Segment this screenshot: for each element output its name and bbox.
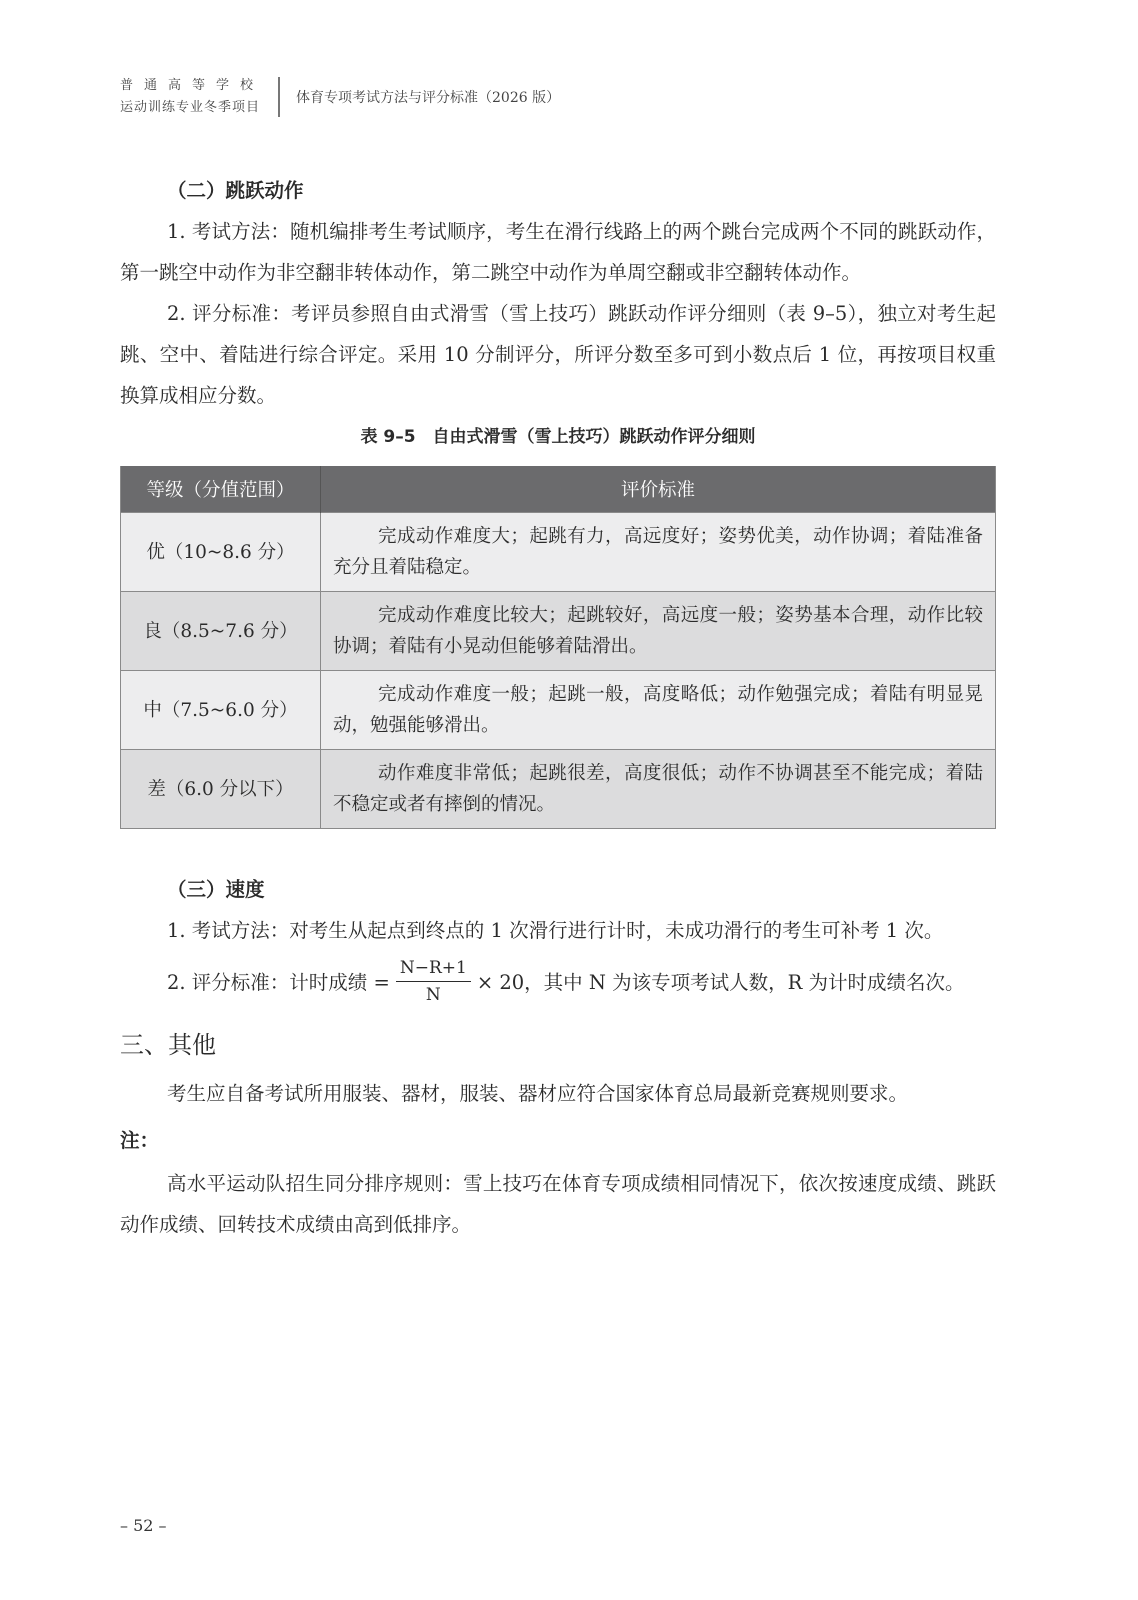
table-row: 差（6.0 分以下） 动作难度非常低；起跳很差，高度很低；动作不协调甚至不能完成… [121, 750, 996, 829]
criteria-cell: 完成动作难度一般；起跳一般，高度略低；动作勉强完成；着陆有明显晃动，勉强能够滑出… [321, 671, 996, 750]
jump-section-heading: （二）跳跃动作 [120, 170, 996, 211]
header-divider [278, 77, 280, 117]
table-row: 中（7.5~6.0 分） 完成动作难度一般；起跳一般，高度略低；动作勉强完成；着… [121, 671, 996, 750]
formula-denominator: N [426, 982, 441, 1006]
speed-section-heading: （三）速度 [120, 869, 996, 910]
header-series: 普通高等学校 运动训练专业冬季项目 [120, 75, 264, 119]
grade-cell: 良（8.5~7.6 分） [121, 592, 321, 671]
grade-cell: 中（7.5~6.0 分） [121, 671, 321, 750]
jump-scoring-table: 等级（分值范围） 评价标准 优（10~8.6 分） 完成动作难度大；起跳有力，高… [120, 466, 996, 829]
table-row: 优（10~8.6 分） 完成动作难度大；起跳有力，高远度好；姿势优美，动作协调；… [121, 513, 996, 592]
other-section-heading: 三、其他 [120, 1025, 996, 1065]
formula-fraction: N−R+1 N [396, 957, 471, 1006]
header-book-title: 体育专项考试方法与评分标准（2026 版） [296, 87, 560, 107]
criteria-cell: 动作难度非常低；起跳很差，高度很低；动作不协调甚至不能完成；着陆不稳定或者有摔倒… [321, 750, 996, 829]
table-caption: 表 9–5 自由式滑雪（雪上技巧）跳跃动作评分细则 [120, 422, 996, 452]
table-row: 良（8.5~7.6 分） 完成动作难度比较大；起跳较好，高远度一般；姿势基本合理… [121, 592, 996, 671]
note-label: 注： [120, 1120, 996, 1161]
header-series-line1: 普通高等学校 [120, 75, 264, 97]
table-header-criteria: 评价标准 [321, 466, 996, 513]
grade-cell: 差（6.0 分以下） [121, 750, 321, 829]
speed-scoring-formula: 2. 评分标准：计时成绩 = N−R+1 N × 20，其中 N 为该专项考试人… [120, 951, 996, 1011]
table-header-grade: 等级（分值范围） [121, 466, 321, 513]
formula-prefix: 2. 评分标准：计时成绩 = [167, 967, 390, 995]
page-number: – 52 – [120, 1516, 167, 1535]
criteria-cell: 完成动作难度比较大；起跳较好，高远度一般；姿势基本合理，动作比较协调；着陆有小晃… [321, 592, 996, 671]
page-content: （二）跳跃动作 1. 考试方法：随机编排考生考试顺序，考生在滑行线路上的两个跳台… [120, 170, 996, 1245]
other-equipment-text: 考生应自备考试所用服装、器材，服装、器材应符合国家体育总局最新竞赛规则要求。 [120, 1073, 996, 1114]
table-header-row: 等级（分值范围） 评价标准 [121, 466, 996, 513]
grade-cell: 优（10~8.6 分） [121, 513, 321, 592]
speed-exam-method: 1. 考试方法：对考生从起点到终点的 1 次滑行进行计时，未成功滑行的考生可补考… [120, 910, 996, 951]
running-header: 普通高等学校 运动训练专业冬季项目 体育专项考试方法与评分标准（2026 版） [120, 72, 560, 122]
criteria-cell: 完成动作难度大；起跳有力，高远度好；姿势优美，动作协调；着陆准备充分且着陆稳定。 [321, 513, 996, 592]
jump-exam-method: 1. 考试方法：随机编排考生考试顺序，考生在滑行线路上的两个跳台完成两个不同的跳… [120, 211, 996, 293]
jump-scoring-standard: 2. 评分标准：考评员参照自由式滑雪（雪上技巧）跳跃动作评分细则（表 9–5），… [120, 293, 996, 416]
formula-numerator: N−R+1 [396, 957, 471, 982]
header-series-line2: 运动训练专业冬季项目 [120, 97, 264, 119]
formula-suffix: × 20，其中 N 为该专项考试人数，R 为计时成绩名次。 [477, 967, 965, 995]
note-text: 高水平运动队招生同分排序规则：雪上技巧在体育专项成绩相同情况下，依次按速度成绩、… [120, 1163, 996, 1245]
